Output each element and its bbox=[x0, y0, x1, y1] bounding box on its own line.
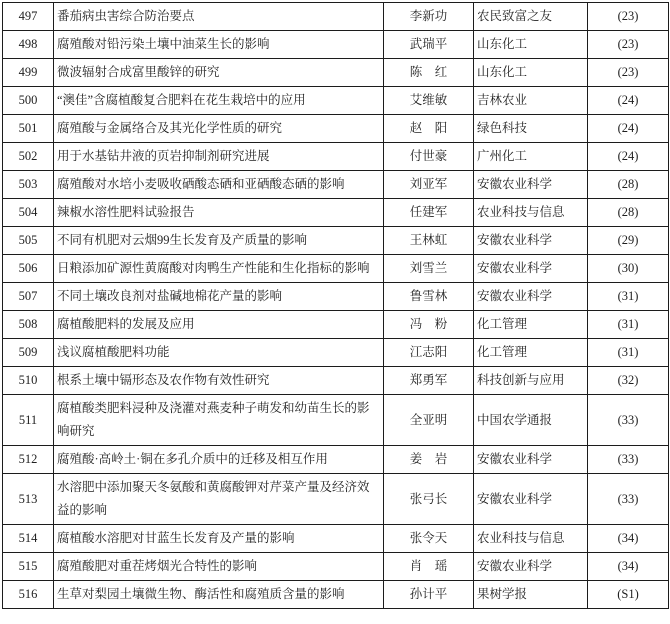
table-row: 505不同有机肥对云烟99生长发育及产质量的影响王林虹安徽农业科学(29) bbox=[3, 227, 669, 255]
cell-id: 497 bbox=[3, 3, 54, 31]
cell-title: 辣椒水溶性肥料试验报告 bbox=[54, 199, 384, 227]
table-row: 498腐殖酸对铅污染土壤中油菜生长的影响武瑞平山东化工(23) bbox=[3, 31, 669, 59]
cell-title: 番茄病虫害综合防治要点 bbox=[54, 3, 384, 31]
table-row: 502用于水基钻井液的页岩抑制剂研究进展付世豪广州化工(24) bbox=[3, 143, 669, 171]
cell-issue: (34) bbox=[588, 525, 669, 553]
table-row: 499微波辐射合成富里酸锌的研究陈 红山东化工(23) bbox=[3, 59, 669, 87]
cell-author: 陈 红 bbox=[384, 59, 474, 87]
cell-journal: 安徽农业科学 bbox=[474, 283, 588, 311]
cell-title: 腐殖酸与金属络合及其光化学性质的研究 bbox=[54, 115, 384, 143]
cell-journal: 安徽农业科学 bbox=[474, 446, 588, 474]
cell-id: 510 bbox=[3, 367, 54, 395]
table-row: 497番茄病虫害综合防治要点李新功农民致富之友(23) bbox=[3, 3, 669, 31]
cell-author: 肖 瑶 bbox=[384, 553, 474, 581]
cell-title: 腐殖酸对水培小麦吸收硒酸态硒和亚硒酸态硒的影响 bbox=[54, 171, 384, 199]
table-row: 512腐殖酸·高岭土·铜在多孔介质中的迁移及相互作用姜 岩安徽农业科学(33) bbox=[3, 446, 669, 474]
cell-id: 509 bbox=[3, 339, 54, 367]
cell-issue: (30) bbox=[588, 255, 669, 283]
cell-author: 全亚明 bbox=[384, 395, 474, 446]
cell-title: 微波辐射合成富里酸锌的研究 bbox=[54, 59, 384, 87]
table-row: 510根系土壤中镉形态及农作物有效性研究郑勇军科技创新与应用(32) bbox=[3, 367, 669, 395]
cell-id: 513 bbox=[3, 474, 54, 525]
cell-id: 500 bbox=[3, 87, 54, 115]
cell-id: 505 bbox=[3, 227, 54, 255]
cell-title: 不同土壤改良剂对盐碱地棉花产量的影响 bbox=[54, 283, 384, 311]
document-page: 497番茄病虫害综合防治要点李新功农民致富之友(23)498腐殖酸对铅污染土壤中… bbox=[0, 0, 670, 624]
cell-journal: 中国农学通报 bbox=[474, 395, 588, 446]
cell-journal: 化工管理 bbox=[474, 339, 588, 367]
cell-journal: 农业科技与信息 bbox=[474, 199, 588, 227]
table-row: 504辣椒水溶性肥料试验报告任建军农业科技与信息(28) bbox=[3, 199, 669, 227]
cell-title: 腐植酸类肥料浸种及浇灌对燕麦种子萌发和幼苗生长的影响研究 bbox=[54, 395, 384, 446]
cell-author: 付世豪 bbox=[384, 143, 474, 171]
cell-journal: 果树学报 bbox=[474, 581, 588, 609]
cell-author: 赵 阳 bbox=[384, 115, 474, 143]
cell-issue: (24) bbox=[588, 115, 669, 143]
cell-author: 王林虹 bbox=[384, 227, 474, 255]
cell-id: 515 bbox=[3, 553, 54, 581]
cell-journal: 山东化工 bbox=[474, 31, 588, 59]
cell-issue: (33) bbox=[588, 474, 669, 525]
cell-issue: (31) bbox=[588, 311, 669, 339]
cell-title: 根系土壤中镉形态及农作物有效性研究 bbox=[54, 367, 384, 395]
cell-journal: 安徽农业科学 bbox=[474, 227, 588, 255]
cell-journal: 安徽农业科学 bbox=[474, 474, 588, 525]
cell-issue: (31) bbox=[588, 283, 669, 311]
cell-author: 姜 岩 bbox=[384, 446, 474, 474]
references-table: 497番茄病虫害综合防治要点李新功农民致富之友(23)498腐殖酸对铅污染土壤中… bbox=[2, 2, 669, 609]
cell-author: 郑勇军 bbox=[384, 367, 474, 395]
cell-title: 日粮添加矿源性黄腐酸对肉鸭生产性能和生化指标的影响 bbox=[54, 255, 384, 283]
cell-author: 冯 粉 bbox=[384, 311, 474, 339]
cell-journal: 绿色科技 bbox=[474, 115, 588, 143]
table-row: 516生草对梨园土壤微生物、酶活性和腐殖质含量的影响孙计平果树学报(S1) bbox=[3, 581, 669, 609]
cell-issue: (31) bbox=[588, 339, 669, 367]
cell-journal: 山东化工 bbox=[474, 59, 588, 87]
cell-issue: (28) bbox=[588, 171, 669, 199]
cell-journal: 广州化工 bbox=[474, 143, 588, 171]
cell-issue: (34) bbox=[588, 553, 669, 581]
cell-id: 504 bbox=[3, 199, 54, 227]
cell-title: 不同有机肥对云烟99生长发育及产质量的影响 bbox=[54, 227, 384, 255]
cell-author: 鲁雪林 bbox=[384, 283, 474, 311]
cell-title: “澳佳”含腐植酸复合肥料在花生栽培中的应用 bbox=[54, 87, 384, 115]
cell-title: 水溶肥中添加聚天冬氨酸和黄腐酸钾对芹菜产量及经济效益的影响 bbox=[54, 474, 384, 525]
table-row: 513水溶肥中添加聚天冬氨酸和黄腐酸钾对芹菜产量及经济效益的影响张弓长安徽农业科… bbox=[3, 474, 669, 525]
table-row: 501腐殖酸与金属络合及其光化学性质的研究赵 阳绿色科技(24) bbox=[3, 115, 669, 143]
cell-author: 张弓长 bbox=[384, 474, 474, 525]
cell-issue: (24) bbox=[588, 87, 669, 115]
cell-id: 507 bbox=[3, 283, 54, 311]
cell-id: 503 bbox=[3, 171, 54, 199]
cell-issue: (28) bbox=[588, 199, 669, 227]
cell-issue: (24) bbox=[588, 143, 669, 171]
cell-author: 刘亚军 bbox=[384, 171, 474, 199]
references-table-body: 497番茄病虫害综合防治要点李新功农民致富之友(23)498腐殖酸对铅污染土壤中… bbox=[3, 3, 669, 609]
cell-journal: 安徽农业科学 bbox=[474, 255, 588, 283]
cell-title: 生草对梨园土壤微生物、酶活性和腐殖质含量的影响 bbox=[54, 581, 384, 609]
cell-author: 任建军 bbox=[384, 199, 474, 227]
cell-id: 502 bbox=[3, 143, 54, 171]
cell-id: 516 bbox=[3, 581, 54, 609]
cell-id: 514 bbox=[3, 525, 54, 553]
table-row: 515腐殖酸肥对重茬烤烟光合特性的影响肖 瑶安徽农业科学(34) bbox=[3, 553, 669, 581]
cell-id: 506 bbox=[3, 255, 54, 283]
cell-title: 浅议腐植酸肥料功能 bbox=[54, 339, 384, 367]
cell-author: 李新功 bbox=[384, 3, 474, 31]
cell-journal: 农业科技与信息 bbox=[474, 525, 588, 553]
cell-author: 张令天 bbox=[384, 525, 474, 553]
cell-issue: (23) bbox=[588, 3, 669, 31]
table-row: 509浅议腐植酸肥料功能江志阳化工管理(31) bbox=[3, 339, 669, 367]
table-row: 507不同土壤改良剂对盐碱地棉花产量的影响鲁雪林安徽农业科学(31) bbox=[3, 283, 669, 311]
cell-id: 511 bbox=[3, 395, 54, 446]
cell-issue: (29) bbox=[588, 227, 669, 255]
cell-author: 武瑞平 bbox=[384, 31, 474, 59]
cell-id: 512 bbox=[3, 446, 54, 474]
cell-issue: (23) bbox=[588, 59, 669, 87]
cell-title: 腐植酸水溶肥对甘蓝生长发育及产量的影响 bbox=[54, 525, 384, 553]
cell-title: 腐植酸肥料的发展及应用 bbox=[54, 311, 384, 339]
table-row: 500“澳佳”含腐植酸复合肥料在花生栽培中的应用艾维敏吉林农业(24) bbox=[3, 87, 669, 115]
cell-journal: 安徽农业科学 bbox=[474, 171, 588, 199]
cell-author: 孙计平 bbox=[384, 581, 474, 609]
cell-journal: 农民致富之友 bbox=[474, 3, 588, 31]
cell-issue: (33) bbox=[588, 446, 669, 474]
table-row: 514腐植酸水溶肥对甘蓝生长发育及产量的影响张令天农业科技与信息(34) bbox=[3, 525, 669, 553]
table-row: 503腐殖酸对水培小麦吸收硒酸态硒和亚硒酸态硒的影响刘亚军安徽农业科学(28) bbox=[3, 171, 669, 199]
cell-title: 腐殖酸肥对重茬烤烟光合特性的影响 bbox=[54, 553, 384, 581]
cell-id: 498 bbox=[3, 31, 54, 59]
cell-id: 501 bbox=[3, 115, 54, 143]
cell-journal: 化工管理 bbox=[474, 311, 588, 339]
cell-journal: 安徽农业科学 bbox=[474, 553, 588, 581]
table-row: 506日粮添加矿源性黄腐酸对肉鸭生产性能和生化指标的影响刘雪兰安徽农业科学(30… bbox=[3, 255, 669, 283]
cell-title: 腐殖酸对铅污染土壤中油菜生长的影响 bbox=[54, 31, 384, 59]
cell-issue: (32) bbox=[588, 367, 669, 395]
cell-id: 508 bbox=[3, 311, 54, 339]
cell-issue: (33) bbox=[588, 395, 669, 446]
cell-title: 用于水基钻井液的页岩抑制剂研究进展 bbox=[54, 143, 384, 171]
cell-author: 江志阳 bbox=[384, 339, 474, 367]
table-row: 511腐植酸类肥料浸种及浇灌对燕麦种子萌发和幼苗生长的影响研究全亚明中国农学通报… bbox=[3, 395, 669, 446]
cell-journal: 科技创新与应用 bbox=[474, 367, 588, 395]
cell-issue: (S1) bbox=[588, 581, 669, 609]
cell-title: 腐殖酸·高岭土·铜在多孔介质中的迁移及相互作用 bbox=[54, 446, 384, 474]
cell-id: 499 bbox=[3, 59, 54, 87]
cell-author: 艾维敏 bbox=[384, 87, 474, 115]
cell-journal: 吉林农业 bbox=[474, 87, 588, 115]
cell-author: 刘雪兰 bbox=[384, 255, 474, 283]
table-row: 508腐植酸肥料的发展及应用冯 粉化工管理(31) bbox=[3, 311, 669, 339]
cell-issue: (23) bbox=[588, 31, 669, 59]
